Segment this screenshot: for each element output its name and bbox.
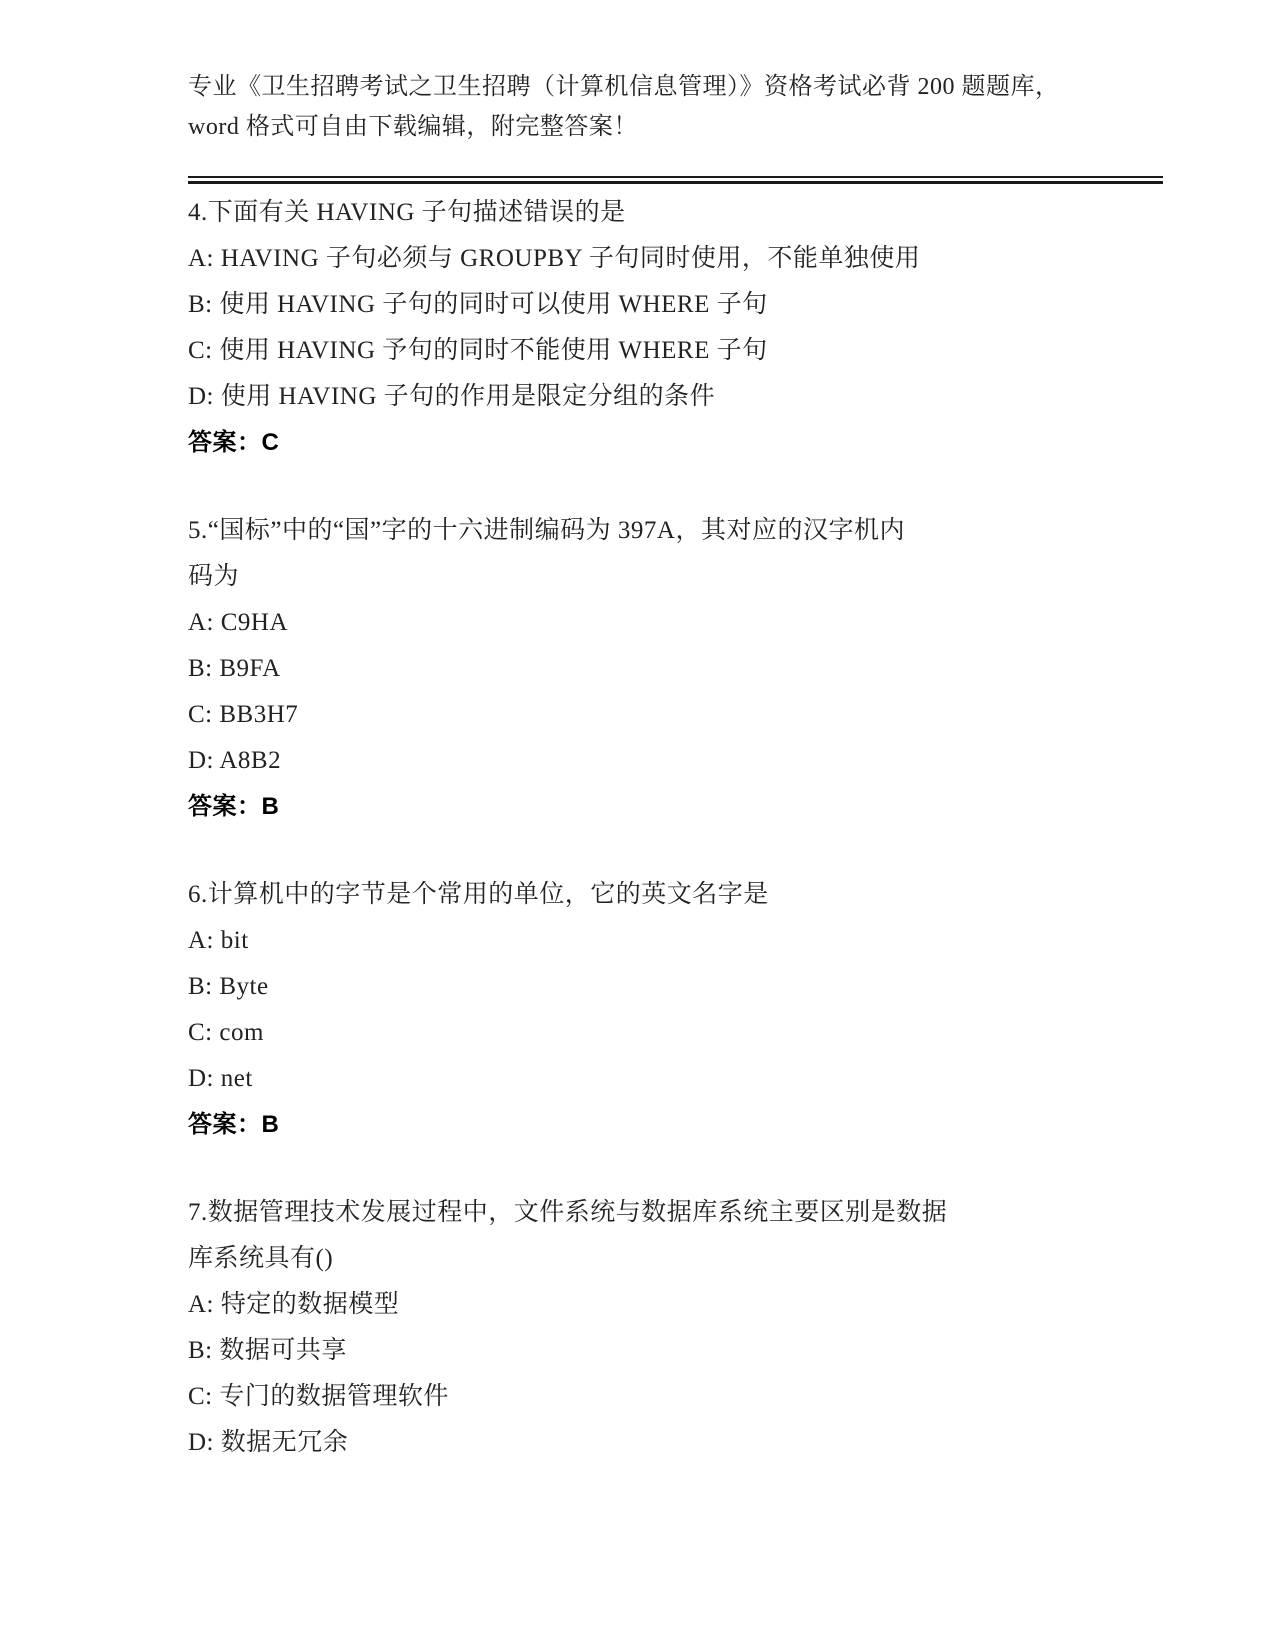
question-6-option-c: C: com [188,1010,1163,1056]
question-5-title-line-2: 码为 [188,554,1163,600]
question-5-option-c: C: BB3H7 [188,692,1163,738]
question-4-title: 4.下面有关 HAVING 子句描述错误的是 [188,190,1163,236]
page-content: 专业《卫生招聘考试之卫生招聘（计算机信息管理）》资格考试必背 200 题题库， … [188,67,1163,1466]
question-5-title-line-1: 5.“国标”中的“国”字的十六进制编码为 397A，其对应的汉字机内 [188,508,1163,554]
question-4: 4.下面有关 HAVING 子句描述错误的是 A: HAVING 子句必须与 G… [188,190,1163,466]
question-4-option-c: C: 使用 HAVING 予句的同时不能使用 WHERE 子句 [188,328,1163,374]
question-7: 7.数据管理技术发展过程中，文件系统与数据库系统主要区别是数据 库系统具有() … [188,1190,1163,1466]
question-5: 5.“国标”中的“国”字的十六进制编码为 397A，其对应的汉字机内 码为 A:… [188,508,1163,830]
question-6-option-a: A: bit [188,918,1163,964]
question-6-option-d: D: net [188,1056,1163,1102]
header-note: 专业《卫生招聘考试之卫生招聘（计算机信息管理）》资格考试必背 200 题题库， … [188,67,1163,147]
question-6-option-b: B: Byte [188,964,1163,1010]
header-note-line-1: 专业《卫生招聘考试之卫生招聘（计算机信息管理）》资格考试必背 200 题题库， [188,67,1163,107]
question-7-option-b: B: 数据可共享 [188,1328,1163,1374]
question-7-title-line-2: 库系统具有() [188,1236,1163,1282]
question-7-title-line-1: 7.数据管理技术发展过程中，文件系统与数据库系统主要区别是数据 [188,1190,1163,1236]
question-5-option-d: D: A8B2 [188,738,1163,784]
question-5-answer: 答案：B [188,784,1163,830]
header-note-line-2: word 格式可自由下载编辑，附完整答案！ [188,107,1163,147]
question-6-title: 6.计算机中的字节是个常用的单位，它的英文名字是 [188,872,1163,918]
question-4-option-d: D: 使用 HAVING 子句的作用是限定分组的条件 [188,374,1163,420]
question-6: 6.计算机中的字节是个常用的单位，它的英文名字是 A: bit B: Byte … [188,872,1163,1148]
question-4-answer: 答案：C [188,420,1163,466]
question-5-option-b: B: B9FA [188,646,1163,692]
document-page: 专业《卫生招聘考试之卫生招聘（计算机信息管理）》资格考试必背 200 题题库， … [0,0,1275,1650]
header-divider-double-rule [188,176,1163,184]
question-5-option-a: A: C9HA [188,600,1163,646]
question-4-option-b: B: 使用 HAVING 子句的同时可以使用 WHERE 子句 [188,282,1163,328]
question-6-answer: 答案：B [188,1102,1163,1148]
question-7-option-c: C: 专门的数据管理软件 [188,1374,1163,1420]
question-7-option-a: A: 特定的数据模型 [188,1282,1163,1328]
question-7-option-d: D: 数据无冗余 [188,1420,1163,1466]
question-4-option-a: A: HAVING 子句必须与 GROUPBY 子句同时使用，不能单独使用 [188,236,1163,282]
